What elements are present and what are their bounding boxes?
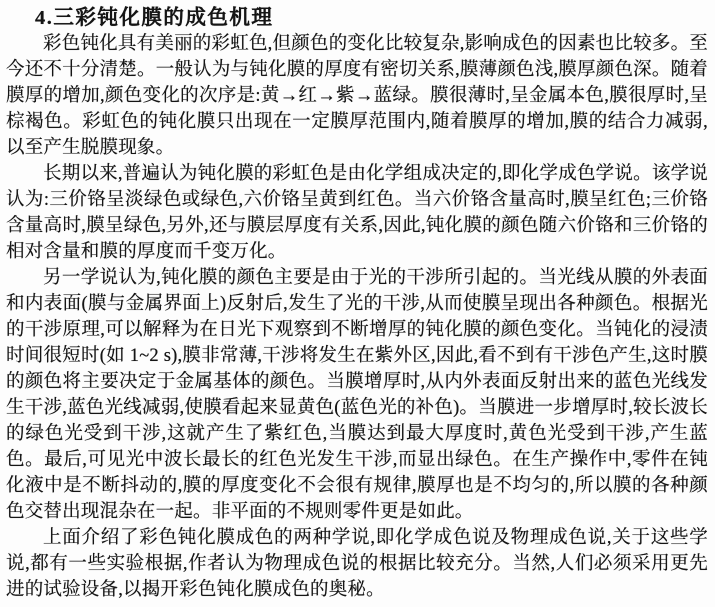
section-title: 4.三彩钝化膜的成色机理 <box>35 5 708 31</box>
scanned-document: { "document": { "title": "4.三彩钝化膜的成色机理",… <box>0 0 715 607</box>
paragraph-chemical-theory: 长期以来,普遍认为钝化膜的彩虹色是由化学组成决定的,即化学成色学说。该学说认为:… <box>6 161 708 265</box>
paragraph-conclusion: 上面介绍了彩色钝化膜成色的两种学说,即化学成色说及物理成色说,关于这些学说,都有… <box>6 525 708 603</box>
paragraph-color-overview: 彩色钝化具有美丽的彩虹色,但颜色的变化比较复杂,影响成色的因素也比较多。至今还不… <box>6 31 708 161</box>
document-page: 4.三彩钝化膜的成色机理 彩色钝化具有美丽的彩虹色,但颜色的变化比较复杂,影响成… <box>0 0 715 607</box>
paragraph-interference-theory: 另一学说认为,钝化膜的颜色主要是由于光的干涉所引起的。当光线从膜的外表面和内表面… <box>6 265 708 525</box>
